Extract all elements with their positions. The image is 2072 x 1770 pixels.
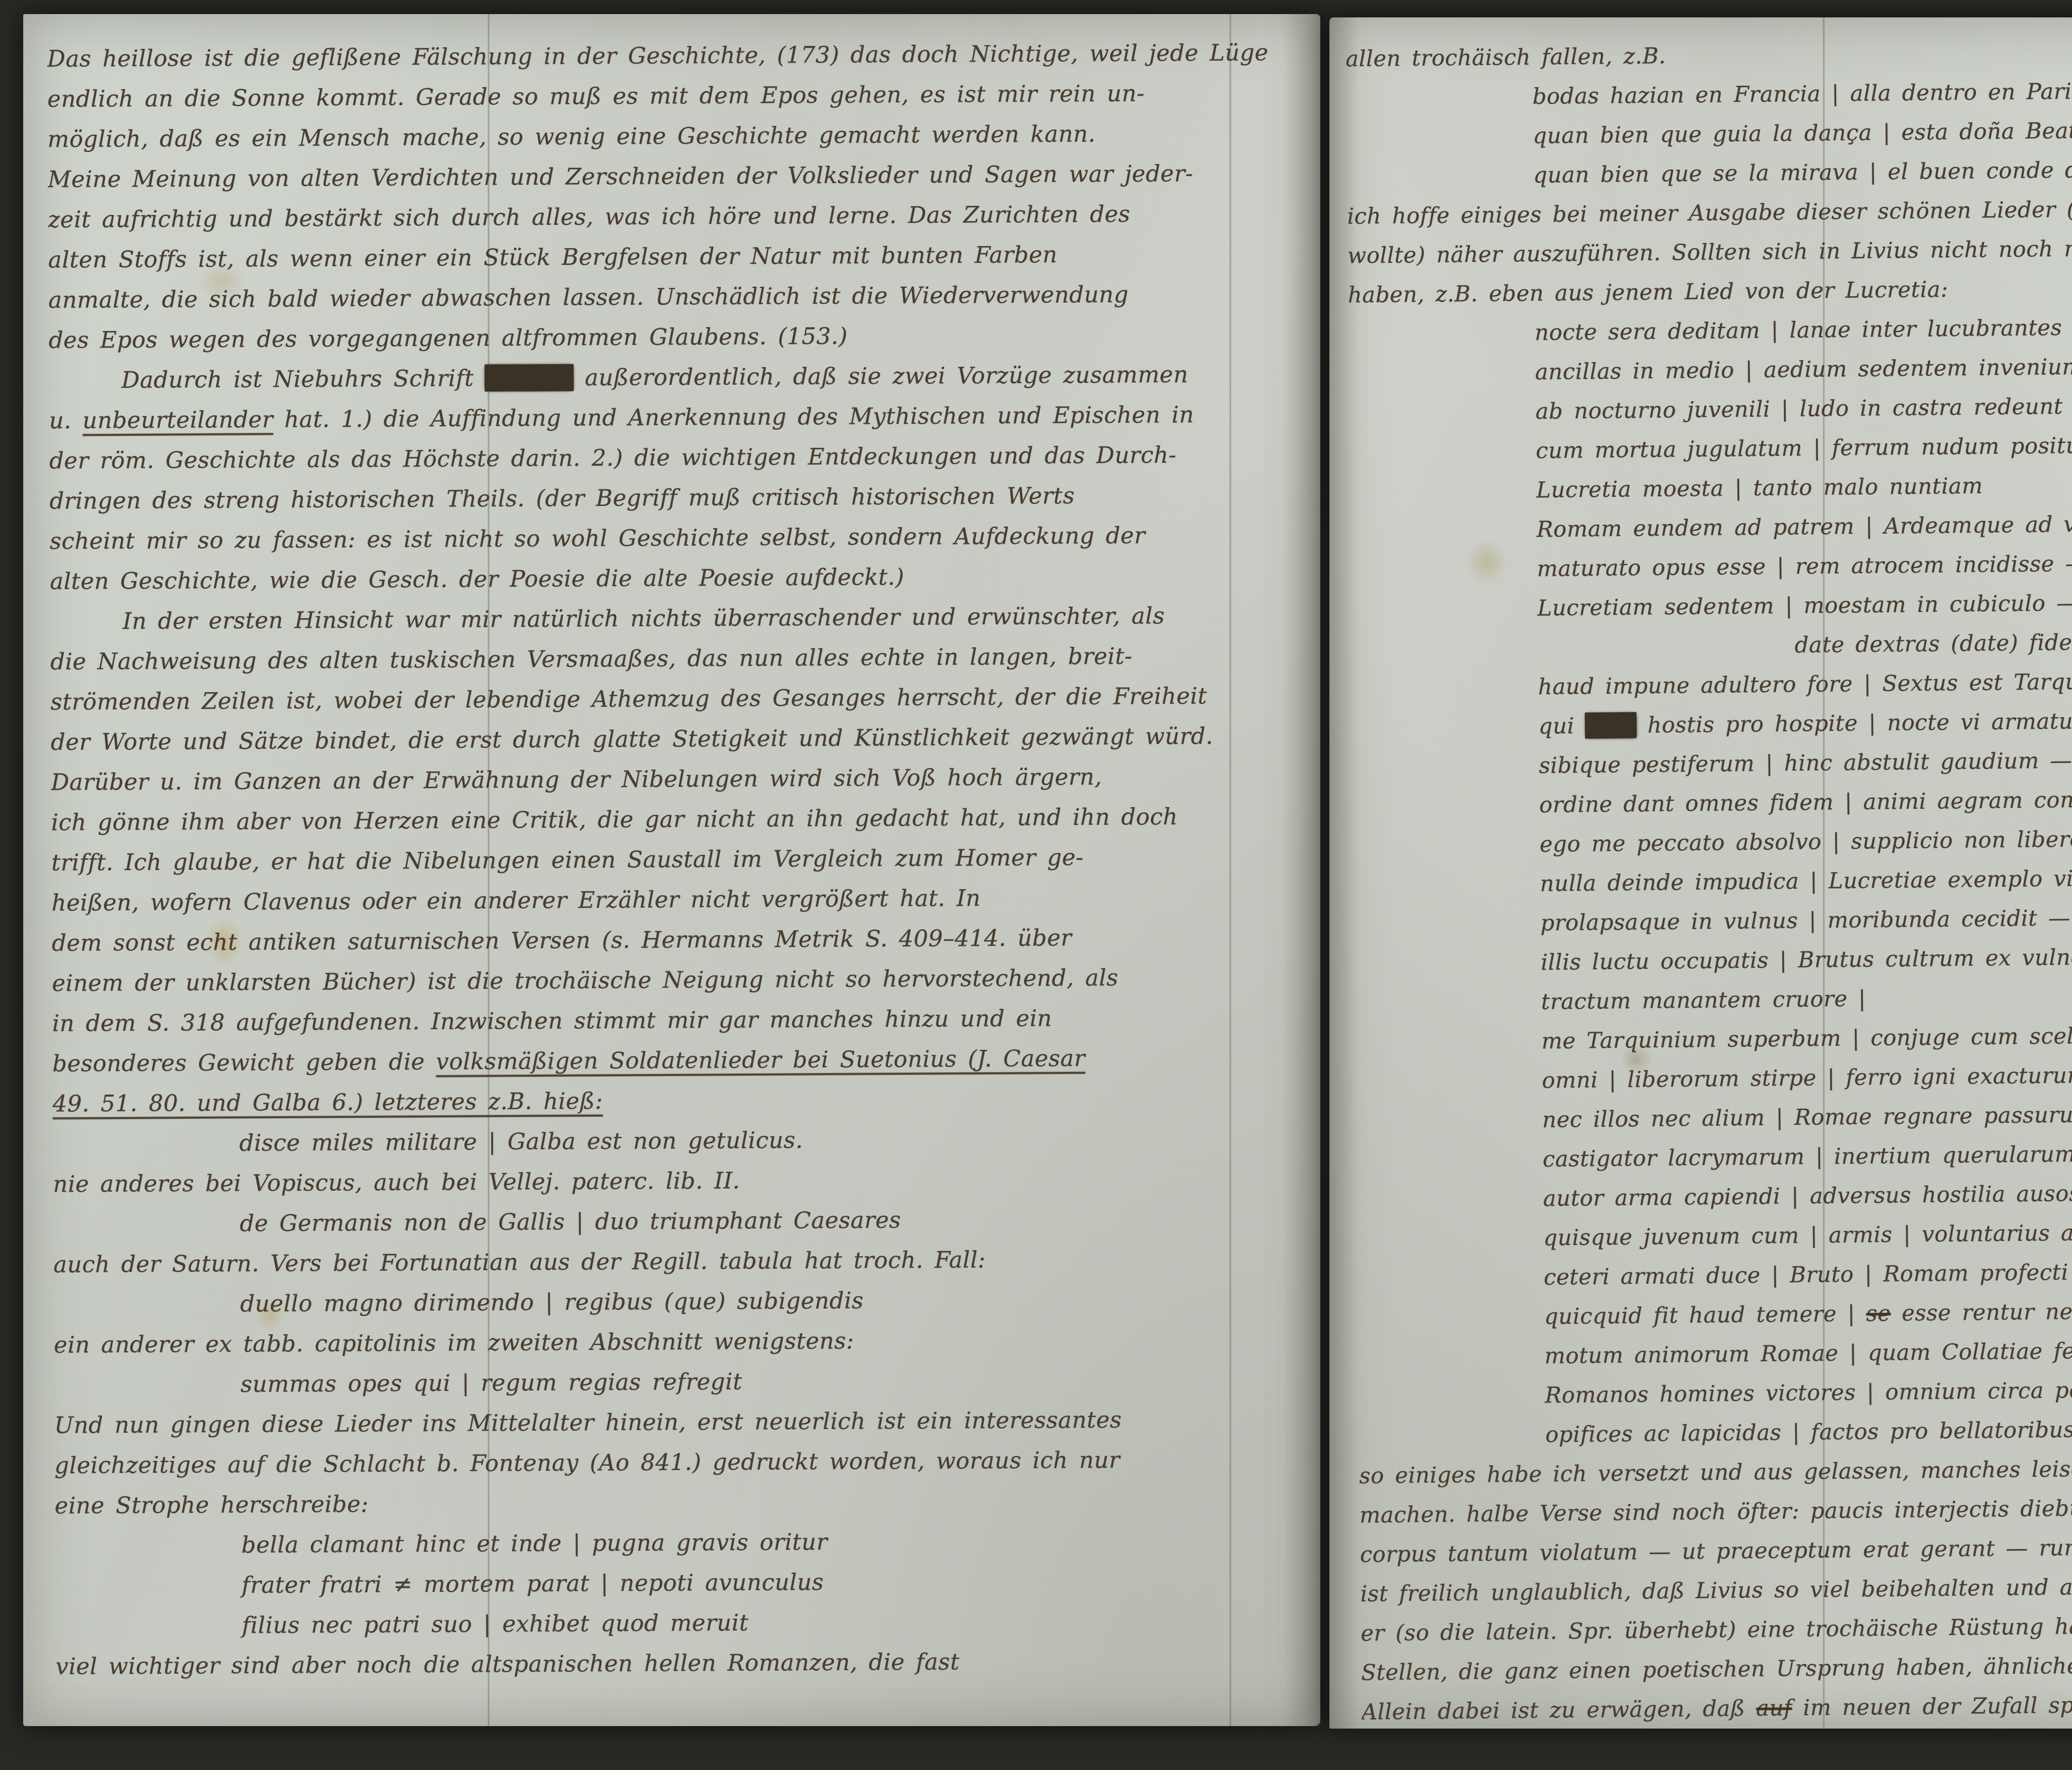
manuscript-line: Und nun gingen diese Lieder ins Mittelal… [54, 1399, 1307, 1446]
manuscript-line: Das heillose ist die geflißene Fälschung… [47, 32, 1300, 79]
line-segment: viel wichtiger sind aber noch die altspa… [56, 1648, 960, 1679]
ink-blot: █████ [485, 364, 574, 391]
manuscript-line: Meine Meinung von alten Verdichten und Z… [48, 153, 1301, 200]
line-segment: sibique pestiferum | hinc abstulit gaudi… [1539, 748, 2072, 778]
line-segment: quisque juvenum cum | armis | voluntariu… [1543, 1219, 2072, 1250]
line-segment: autor arma capiendi | adversus hostilia … [1543, 1180, 2072, 1211]
line-segment: hat. 1.) die Auffindung und Anerkennung … [273, 401, 1194, 433]
manuscript-line: die Nachweisung des alten tuskischen Ver… [50, 635, 1303, 682]
line-segment: de Germanis non de Gallis | duo triumpha… [240, 1207, 901, 1236]
line-segment: er (so die latein. Spr. überhebt) eine t… [1360, 1611, 2072, 1646]
line-segment: tractum manantem cruore | [1541, 986, 1866, 1015]
manuscript-line: besonderes Gewicht geben die volksmäßige… [52, 1037, 1305, 1084]
line-segment: alten Stoffs ist, als wenn einer ein Stü… [48, 241, 1058, 273]
line-segment: außerordentlich, daß sie zwei Vorzüge zu… [574, 361, 1188, 391]
manuscript-scan: Das heillose ist die geflißene Fälschung… [0, 0, 2072, 1770]
line-segment: quan bien que guia la dança | esta doña … [1533, 118, 2072, 148]
line-segment: ordine dant omnes fidem | animi aegram c… [1539, 786, 2072, 817]
manuscript-line: zeit aufrichtig und bestärkt sich durch … [48, 193, 1301, 240]
line-segment: haben, z.B. eben aus jenem Lied von der … [1348, 277, 1948, 308]
line-segment: auch der Saturn. Vers bei Fortunatian au… [53, 1246, 986, 1278]
line-segment: Darüber u. im Ganzen an der Erwähnung de… [51, 764, 1102, 796]
line-segment: In der ersten Hinsicht war mir natürlich… [123, 602, 1165, 634]
line-segment: opifices ac lapicidas | factos pro bella… [1545, 1417, 2072, 1448]
line-segment: unbeurteilander [82, 406, 273, 433]
line-segment: hostis pro hospite | nocte vi armatus mi… [1636, 708, 2072, 738]
manuscript-line: in dem S. 318 aufgefundenen. Inzwischen … [52, 997, 1305, 1044]
manuscript-line: allen trochäisch fallen, z.B. [1346, 27, 2072, 79]
manuscript-line: de Germanis non de Gallis | duo triumpha… [53, 1198, 1306, 1245]
manuscript-line: In der ersten Hinsicht war mir natürlich… [50, 595, 1303, 642]
manuscript-line: ein anderer ex tabb. capitolinis im zwei… [54, 1318, 1307, 1365]
line-segment: haud impune adultero fore | Sextus est T… [1538, 669, 2072, 700]
manuscript-line: strömenden Zeilen ist, wobei der lebendi… [51, 675, 1304, 722]
manuscript-line: dringen des streng historischen Theils. … [49, 474, 1302, 521]
line-segment: strömenden Zeilen ist, wobei der lebendi… [51, 682, 1207, 715]
line-segment: bodas hazian en Francia | alla dentro en… [1532, 79, 2072, 109]
line-segment: Lucretia moesta | tanto malo nuntiam [1536, 473, 1983, 503]
line-segment: Romanos homines victores | omnium circa … [1545, 1377, 2072, 1408]
line-segment: ich hoffe einiges bei meiner Ausgabe die… [1347, 193, 2072, 229]
line-segment: nocte sera deditam | lanae inter lucubra… [1535, 315, 2062, 346]
line-segment: scheint mir so zu fassen: es ist nicht s… [50, 522, 1145, 554]
line-segment: prolapsaque in vulnus | moribunda cecidi… [1540, 905, 2070, 936]
line-segment: dem sonst echt antiken saturnischen Vers… [52, 924, 1072, 956]
line-segment: möglich, daß es ein Mensch mache, so wen… [48, 121, 1096, 152]
manuscript-line: nie anderes bei Vopiscus, auch bei Velle… [53, 1158, 1306, 1204]
manuscript-line: bella clamant hinc et inde | pugna gravi… [55, 1519, 1308, 1566]
manuscript-line: disce miles militare | Galba est non get… [53, 1117, 1306, 1164]
line-segment: ich gönne ihm aber von Herzen eine Criti… [51, 803, 1178, 836]
line-segment: anmalte, die sich bald wieder abwaschen … [48, 281, 1129, 313]
manuscript-line: 49. 51. 80. und Galba 6.) letzteres z.B.… [53, 1077, 1306, 1124]
manuscript-line: endlich an die Sonne kommt. Gerade so mu… [47, 73, 1300, 119]
line-segment: einem der unklarsten Bücher) ist die tro… [52, 964, 1118, 996]
line-segment: 49. 51. 80. und Galba 6.) letzteres z.B.… [53, 1088, 603, 1117]
line-segment: nec illos nec alium | Romae regnare pass… [1542, 1102, 2072, 1133]
line-segment: eine Strophe herschreibe: [55, 1491, 369, 1519]
line-segment: Und nun gingen diese Lieder ins Mittelal… [54, 1406, 1122, 1438]
line-segment: quan bien que se la mirava | el buen con… [1533, 156, 2072, 188]
line-segment: allen trochäisch fallen, z.B. [1346, 44, 1666, 72]
line-segment: me Tarquinium superbum | conjuge cum sce… [1542, 1023, 2072, 1054]
struck-word: auf [1756, 1695, 1792, 1721]
manuscript-line: eine Strophe herschreibe: [55, 1479, 1308, 1526]
manuscript-line: summas opes qui | regum regias refregit [54, 1359, 1307, 1405]
manuscript-line: alten Geschichte, wie die Gesch. der Poe… [50, 555, 1303, 602]
manuscript-line: duello magno dirimendo | regibus (que) s… [53, 1278, 1307, 1325]
manuscript-line: gleichzeitiges auf die Schlacht b. Fonte… [54, 1439, 1307, 1486]
line-segment: alten Geschichte, wie die Gesch. der Poe… [50, 563, 904, 595]
line-segment: ist freilich unglaublich, daß Livius so … [1360, 1572, 2072, 1607]
line-segment: im neuen der Zufall spielt, im alten abe… [1792, 1690, 2072, 1720]
line-segment: qui [1538, 713, 1585, 739]
manuscript-line: der Worte und Sätze bindet, die erst dur… [51, 716, 1304, 762]
line-segment: maturato opus esse | rem atrocem incidis… [1537, 551, 2072, 582]
line-segment: ancillas in medio | aedium sedentem inve… [1535, 354, 2072, 385]
line-segment: illis luctu occupatis | Brutus cultrum e… [1541, 945, 2072, 975]
line-segment: die Nachweisung des alten tuskischen Ver… [50, 643, 1133, 675]
line-segment: bella clamant hinc et inde | pugna gravi… [241, 1528, 828, 1558]
line-segment: heißen, wofern Clavenus oder ein anderer… [51, 885, 980, 916]
line-segment: esse rentur nec minorem [1890, 1298, 2072, 1326]
manuscript-page-left: Das heillose ist die geflißene Fälschung… [23, 14, 1320, 1726]
line-segment: zeit aufrichtig und bestärkt sich durch … [48, 201, 1130, 233]
line-segment: quicquid fit haud temere | [1544, 1301, 1866, 1329]
line-segment: Romam eundem ad patrem | Ardeamque ad vi… [1537, 510, 2072, 542]
line-segment: disce miles militare | Galba est non get… [239, 1127, 803, 1156]
manuscript-line: frater fratri ≠ mortem parat | nepoti av… [55, 1560, 1308, 1606]
line-segment: besonderes Gewicht geben die [52, 1048, 436, 1077]
struck-word: se [1866, 1301, 1891, 1327]
line-segment: Das heillose ist die geflißene Fälschung… [47, 39, 1268, 72]
line-segment: ceteri armati duce | Bruto | Romam profe… [1544, 1260, 2072, 1290]
manuscript-line: anmalte, die sich bald wieder abwaschen … [48, 273, 1302, 320]
manuscript-text-left: Das heillose ist die geflißene Fälschung… [19, 11, 1325, 1729]
line-segment: der Worte und Sätze bindet, die erst dur… [51, 723, 1213, 755]
line-segment: trifft. Ich glaube, er hat die Nibelunge… [51, 844, 1084, 876]
line-segment: Lucretiam sedentem | moestam in cubiculo… [1537, 590, 2072, 621]
line-segment: filius nec patri suo | exhibet quod meru… [242, 1609, 748, 1638]
line-segment: endlich an die Sonne kommt. Gerade so mu… [47, 80, 1145, 112]
manuscript-line: dem sonst echt antiken saturnischen Vers… [52, 916, 1305, 963]
line-segment: Dadurch ist Niebuhrs Schrift [121, 365, 485, 393]
line-segment: der röm. Geschichte als das Höchste dari… [49, 442, 1176, 474]
line-segment: so einiges habe ich versetzt und aus gel… [1359, 1453, 2072, 1488]
manuscript-line: der röm. Geschichte als das Höchste dari… [49, 434, 1302, 481]
line-segment: castigator lacrymarum | inertium querula… [1542, 1141, 2072, 1172]
manuscript-line: Dadurch ist Niebuhrs Schrift █████ außer… [49, 354, 1302, 401]
line-segment: date dextras (date) fidem [1794, 630, 2072, 658]
line-segment: omni | liberorum stirpe | ferro igni exa… [1542, 1062, 2072, 1093]
line-segment: nulla deinde impudica | Lucretiae exempl… [1540, 866, 2072, 897]
line-segment: corpus tantum violatum — ut praeceptum e… [1360, 1533, 2072, 1567]
manuscript-line: trifft. Ich glaube, er hat die Nibelunge… [51, 836, 1305, 883]
line-segment: Allein dabei ist zu erwägen, daß [1361, 1696, 1756, 1725]
manuscript-line: alten Stoffs ist, als wenn einer ein Stü… [48, 233, 1301, 280]
manuscript-text-right: allen trochäisch fallen, z.B.bodas hazia… [1321, 11, 2072, 1735]
line-segment: in dem S. 318 aufgefundenen. Inzwischen … [52, 1005, 1052, 1037]
line-segment: duello magno dirimendo | regibus (que) s… [240, 1287, 864, 1317]
line-segment: u. [49, 407, 82, 433]
line-segment: Meine Meinung von alten Verdichten und Z… [48, 160, 1193, 192]
manuscript-line: scheint mir so zu fassen: es ist nicht s… [50, 515, 1303, 561]
manuscript-line: filius nec patri suo | exhibet quod meru… [55, 1600, 1308, 1647]
line-segment: motum animorum Romae | quam Collatiae fe… [1544, 1337, 2072, 1369]
manuscript-line: möglich, daß es ein Mensch mache, so wen… [47, 113, 1300, 160]
line-segment: wollte) näher auszuführen. Sollten sich … [1347, 234, 2072, 268]
line-segment: machen. halbe Verse sind noch öfter: pau… [1360, 1492, 2072, 1528]
manuscript-line: heißen, wofern Clavenus oder ein anderer… [51, 876, 1305, 923]
line-segment: nie anderes bei Vopiscus, auch bei Velle… [53, 1167, 740, 1197]
line-segment: ein anderer ex tabb. capitolinis im zwei… [54, 1327, 854, 1358]
manuscript-line: viel wichtiger sind aber noch die altspa… [56, 1640, 1309, 1687]
line-segment: dringen des streng historischen Theils. … [49, 482, 1075, 514]
line-segment: volksmäßigen Soldatenlieder bei Suetoniu… [436, 1045, 1085, 1075]
line-segment: gleichzeitiges auf die Schlacht b. Fonte… [54, 1446, 1120, 1478]
line-segment: des Epos wegen des vorgegangenen altfrom… [48, 323, 847, 353]
line-segment: frater fratri ≠ mortem parat | nepoti av… [242, 1569, 824, 1598]
manuscript-line: ich gönne ihm aber von Herzen eine Criti… [51, 796, 1304, 843]
line-segment: ego me peccato absolvo | supplicio non l… [1539, 826, 2072, 857]
manuscript-page-right: allen trochäisch fallen, z.B.bodas hazia… [1329, 17, 2072, 1729]
manuscript-line: des Epos wegen des vorgegangenen altfrom… [48, 314, 1302, 360]
manuscript-line: auch der Saturn. Vers bei Fortunatian au… [53, 1238, 1307, 1285]
line-segment: ab nocturno juvenili | ludo in castra re… [1535, 394, 2072, 424]
line-segment: cum mortua jugulatum | ferrum nudum posi… [1536, 432, 2072, 463]
ink-blot: ███ [1585, 713, 1636, 738]
manuscript-line: u. unbeurteilander hat. 1.) die Auffindu… [49, 394, 1302, 441]
manuscript-line: Darüber u. im Ganzen an der Erwähnung de… [51, 756, 1304, 803]
line-segment: summas opes qui | regum regias refregit [240, 1368, 742, 1397]
line-segment: Stellen, die ganz einen poetischen Urspr… [1361, 1651, 2072, 1685]
manuscript-line: einem der unklarsten Bücher) ist die tro… [52, 957, 1305, 1003]
